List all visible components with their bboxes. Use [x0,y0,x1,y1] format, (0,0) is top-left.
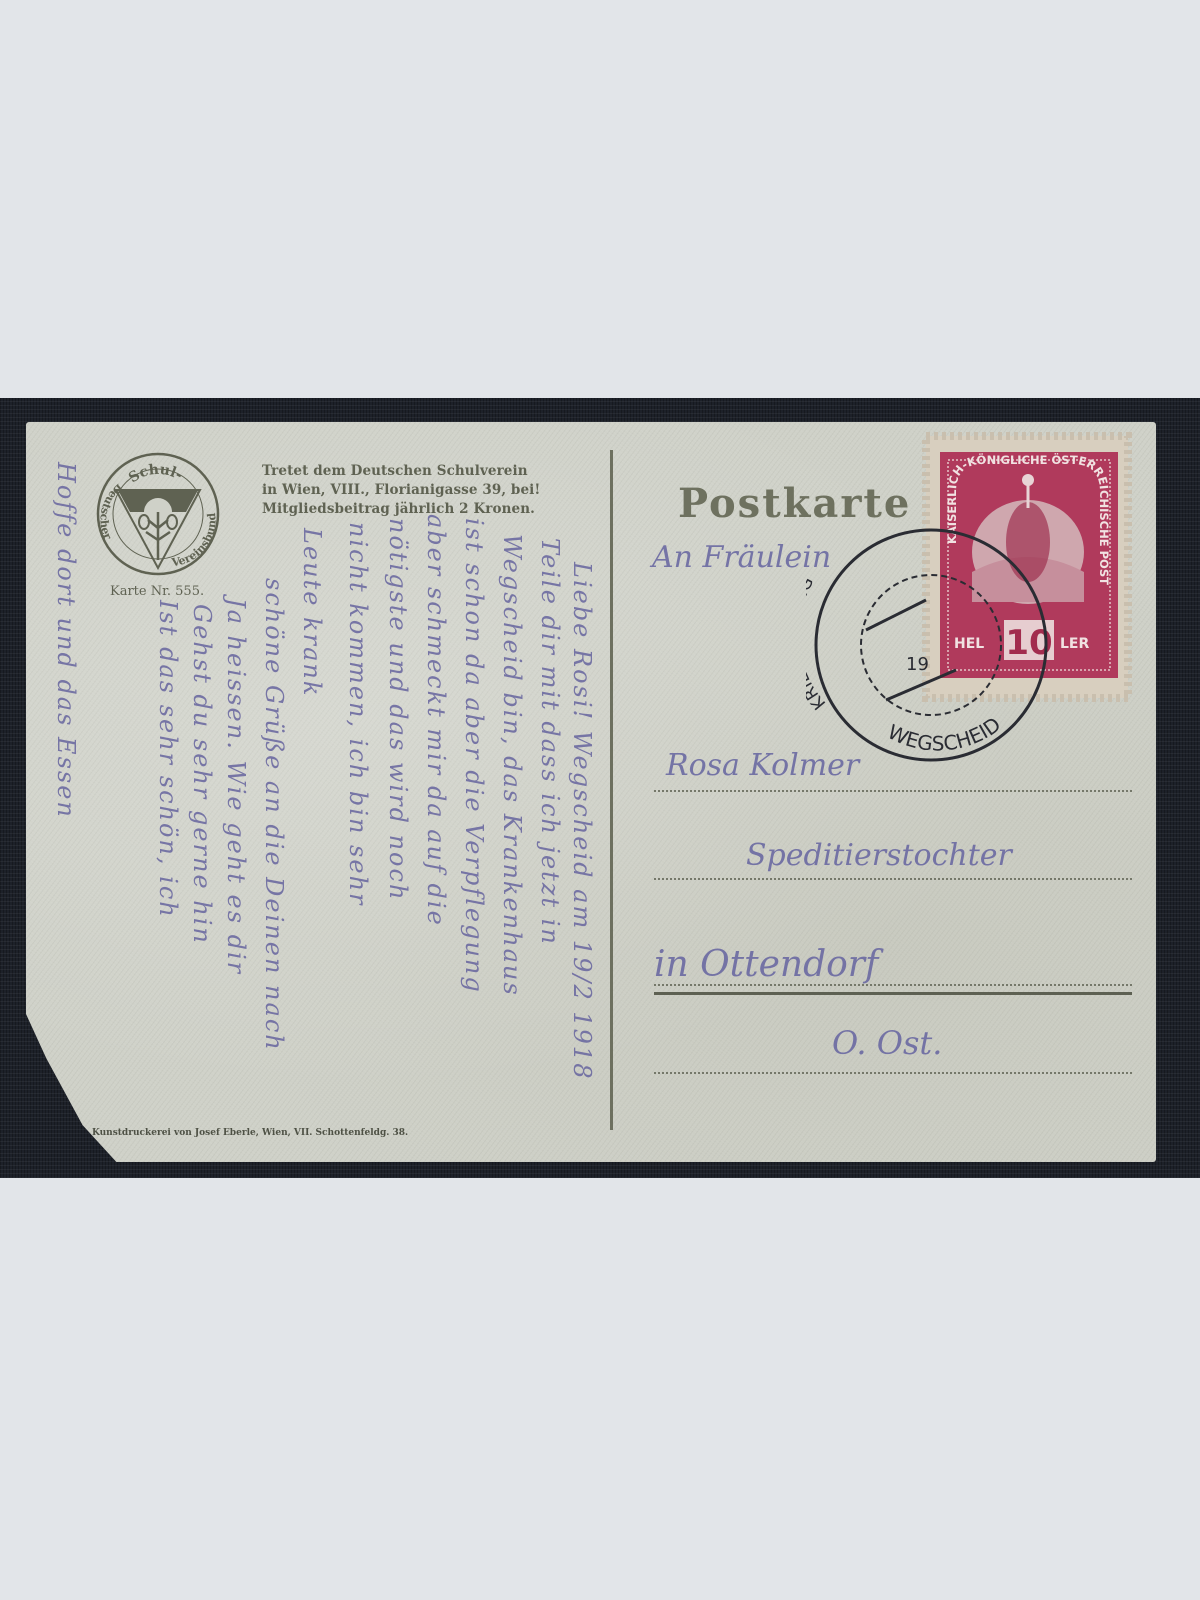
svg-text:19: 19 [906,654,929,675]
svg-text:Deutscher: Deutscher [97,481,125,542]
svg-text:LER: LER [1060,636,1089,652]
message-line: Leute krank [298,528,326,697]
message-line: schöne Grüße an die Deinen nach [260,578,288,1052]
address-line [654,878,1132,880]
svg-text:Schul-: Schul- [126,462,185,487]
message-line: nicht kommen, ich bin sehr [344,522,372,907]
message-line: Liebe Rosi! Wegscheid am 19/2 1918 [568,562,596,1080]
address-line-4: O. Ost. [832,1024,942,1062]
schulverein-seal-icon: Schul- Deutscher Vereinsbund [94,450,222,578]
address-underline [654,992,1132,995]
advert-line: Tretet dem Deutschen Schulverein [262,462,592,481]
address-line-2: Speditierstochter [746,838,1012,873]
message-line: nötigste und das wird noch [384,518,412,901]
svg-text:WEGSCHEID: WEGSCHEID [884,712,1005,756]
message-line: Gehst du sehr gerne hin [188,604,216,945]
message-line: Ist das sehr schön, ich [154,600,182,919]
card-number: Karte Nr. 555. [110,584,204,599]
address-line [654,790,1132,792]
postcard: Schul- Deutscher Vereinsbund Tretet dem … [26,422,1156,1162]
printer-imprint: Kunstdruckerei von Josef Eberle, Wien, V… [92,1128,408,1138]
message-line: ist schon da aber die Verpflegung [460,518,488,994]
message-line: aber schmeckt mir da auf die [422,514,450,927]
message-line: Hoffe dort und das Essen [52,462,80,819]
address-salutation: An Fräulein [652,540,831,575]
schulverein-advert: Tretet dem Deutschen Schulverein in Wien… [262,462,592,519]
postmark: KRIEGSGEFANG WEGSCHEID 19 [806,520,1056,770]
message-line: Wegscheid bin, das Krankenhaus [498,534,526,997]
address-line-3: in Ottendorf [654,944,878,985]
address-line [654,984,1132,986]
advert-line: in Wien, VIII., Florianigasse 39, bei! [262,481,592,500]
message-line: Teile dir mit dass ich jetzt in [536,538,564,946]
card-divider [610,450,613,1130]
message-line: Ja heissen. Wie geht es dir [222,598,250,975]
address-line [654,1072,1132,1074]
